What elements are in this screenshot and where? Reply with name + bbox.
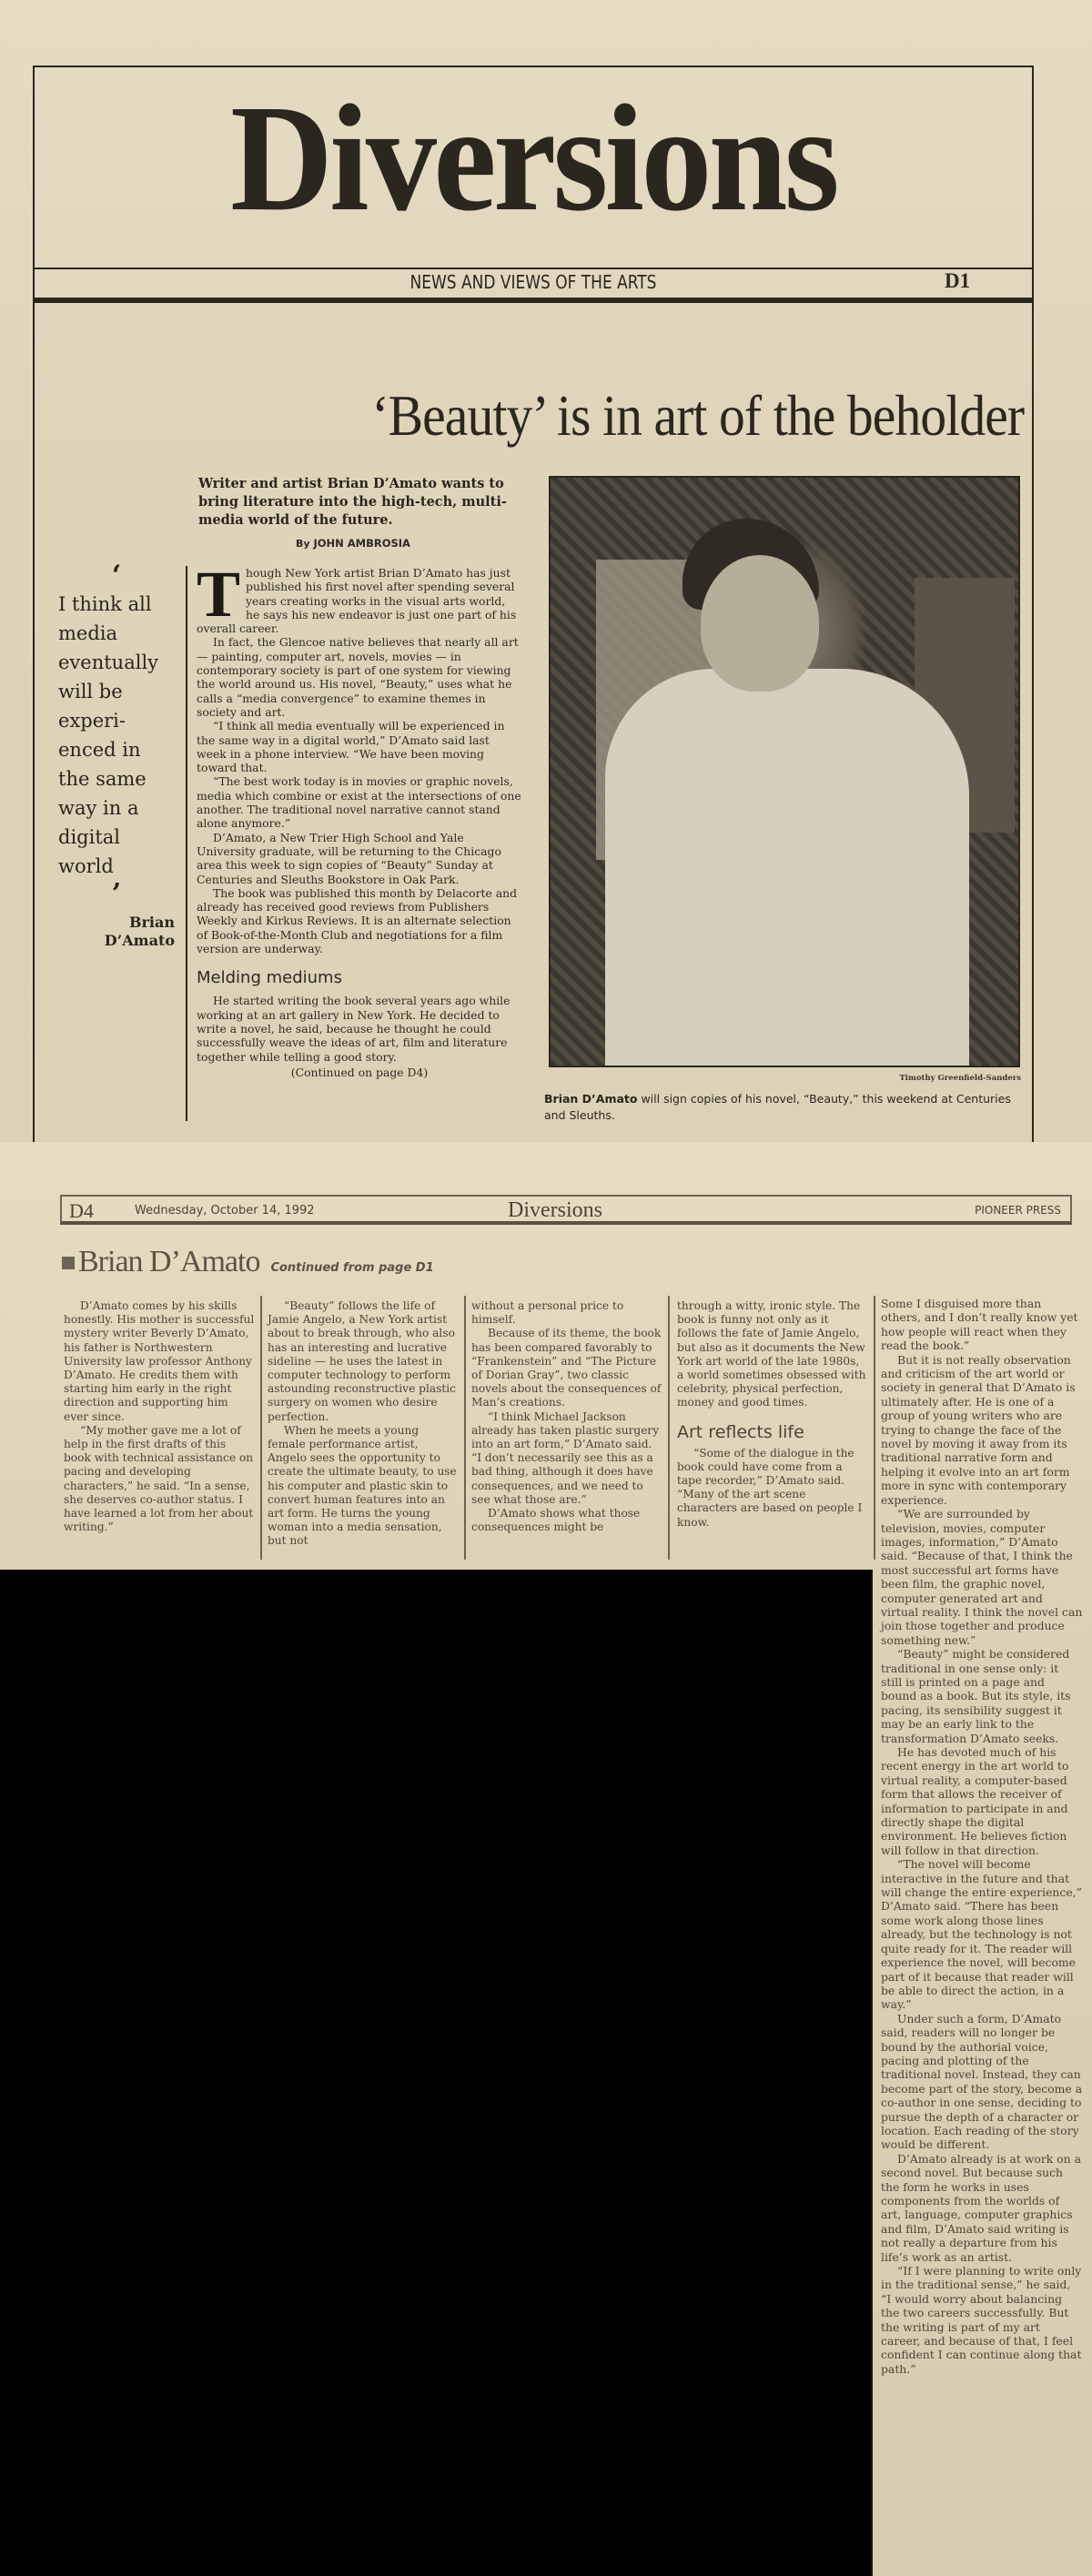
masthead-title: Diversions	[68, 82, 999, 235]
article-body-d1: Though New York artist Brian D’Amato has…	[197, 566, 522, 1079]
continued-note: (Continued on page D4)	[197, 1066, 522, 1079]
close-quote-mark: ’	[58, 881, 175, 908]
paragraph: “I think all media eventually will be ex…	[197, 719, 522, 774]
paragraph: D’Amato, a New Trier High School and Yal…	[197, 831, 522, 886]
paragraph: Under such a form, D’Amato said, readers…	[881, 2012, 1083, 2152]
paragraph: “The novel will become interactive in th…	[881, 1857, 1083, 2011]
pull-quote-attribution: Brian D’Amato	[58, 914, 175, 950]
paragraph: When he meets a young female performance…	[268, 1424, 459, 1549]
byline: By JOHN AMBROSIA	[198, 537, 508, 550]
pull-quote: ‘ I think all media eventually will be e…	[58, 562, 175, 950]
attribution-first: Brian	[58, 914, 175, 932]
masthead-subtitle: NEWS AND VIEWS OF THE ARTS	[108, 271, 959, 297]
drop-cap: T	[197, 568, 240, 621]
masthead-rule-thick	[33, 298, 1034, 303]
byline-author: JOHN AMBROSIA	[313, 537, 410, 550]
d4-publication: PIONEER PRESS	[975, 1204, 1061, 1217]
paragraph: “Beauty” follows the life of Jamie Angel…	[268, 1299, 459, 1424]
column-rule	[874, 1296, 875, 1560]
d4-column-4: through a witty, ironic style. The book …	[677, 1299, 868, 1530]
masthead-rule	[33, 268, 1034, 269]
column-rule	[464, 1296, 466, 1560]
headline: ‘Beauty’ is in art of the beholder	[133, 382, 1034, 450]
paragraph: D’Amato comes by his skills honestly. Hi…	[64, 1299, 255, 1424]
paragraph: “We are surrounded by television, movies…	[881, 1507, 1083, 1647]
column-rule	[260, 1296, 262, 1560]
paragraph: “My mother gave me a lot of help in the …	[64, 1424, 255, 1535]
paragraph: D’Amato shows what those consequences mi…	[471, 1507, 662, 1534]
caption-name: Brian D’Amato	[544, 1092, 637, 1106]
column-rule	[668, 1296, 670, 1560]
bullet-square-icon	[62, 1257, 75, 1269]
paragraph: through a witty, ironic style. The book …	[677, 1299, 868, 1410]
d4-column-2: “Beauty” follows the life of Jamie Angel…	[268, 1299, 459, 1549]
paragraph: The book was published this month by Del…	[197, 886, 522, 955]
byline-prefix: By	[296, 538, 310, 550]
subhead: Melding mediums	[197, 968, 522, 988]
attribution-last: D’Amato	[58, 932, 175, 950]
d4-section: Diversions	[508, 1198, 602, 1223]
paragraph: “I think Michael Jackson already has tak…	[471, 1410, 662, 1507]
open-quote-mark: ‘	[58, 562, 175, 590]
d4-column-3: without a personal price to himself. Bec…	[471, 1299, 662, 1534]
d4-page-number: D4	[69, 1199, 94, 1223]
paragraph: “Beauty” might be considered traditional…	[881, 1647, 1083, 1745]
paragraph: without a personal price to himself.	[471, 1299, 662, 1327]
clipping-edge	[871, 1570, 873, 2576]
deck: Writer and artist Brian D’Amato wants to…	[198, 475, 508, 530]
paragraph: But it is not really observation and cri…	[881, 1353, 1083, 1507]
photo-subject-shirt	[605, 669, 969, 1067]
author-photo	[549, 476, 1020, 1067]
paragraph: In fact, the Glencoe native believes tha…	[197, 635, 522, 719]
subhead: Art reflects life	[677, 1421, 868, 1443]
column-rule	[186, 566, 187, 1121]
jump-headline: Brian D’AmatoContinued from page D1	[62, 1245, 434, 1279]
d4-column-1: D’Amato comes by his skills honestly. Hi…	[64, 1299, 255, 1534]
paragraph: He started writing the book several year…	[197, 994, 522, 1063]
paragraph: “The best work today is in movies or gra…	[197, 774, 522, 830]
d4-column-5: Some I disguised more than others, and I…	[881, 1297, 1083, 2376]
paragraph: Though New York artist Brian D’Amato has…	[197, 566, 522, 635]
d4-header-bar: D4 Wednesday, October 14, 1992 Diversion…	[60, 1195, 1072, 1225]
d4-date: Wednesday, October 14, 1992	[135, 1204, 315, 1217]
photo-subject-face	[701, 555, 819, 692]
jump-continued: Continued from page D1	[270, 1261, 433, 1275]
page-number: D1	[945, 269, 970, 293]
paragraph: D’Amato already is at work on a second n…	[881, 2152, 1083, 2264]
paragraph-text: hough New York artist Brian D’Amato has …	[197, 566, 516, 635]
paragraph: Some I disguised more than others, and I…	[881, 1297, 1083, 1353]
photo-caption: Brian D’Amato will sign copies of his no…	[544, 1091, 1026, 1124]
photo-credit: Timothy Greenfield-Sanders	[819, 1074, 1021, 1083]
pull-quote-text: I think all media eventually will be exp…	[58, 590, 175, 881]
jump-headline-text: Brian D’Amato	[78, 1245, 259, 1278]
paragraph: “Some of the dialogue in the book could …	[677, 1447, 868, 1530]
paragraph: “If I were planning to write only in the…	[881, 2264, 1083, 2376]
paragraph: He has devoted much of his recent energy…	[881, 1745, 1083, 1857]
paragraph: Because of its theme, the book has been …	[471, 1327, 662, 1409]
